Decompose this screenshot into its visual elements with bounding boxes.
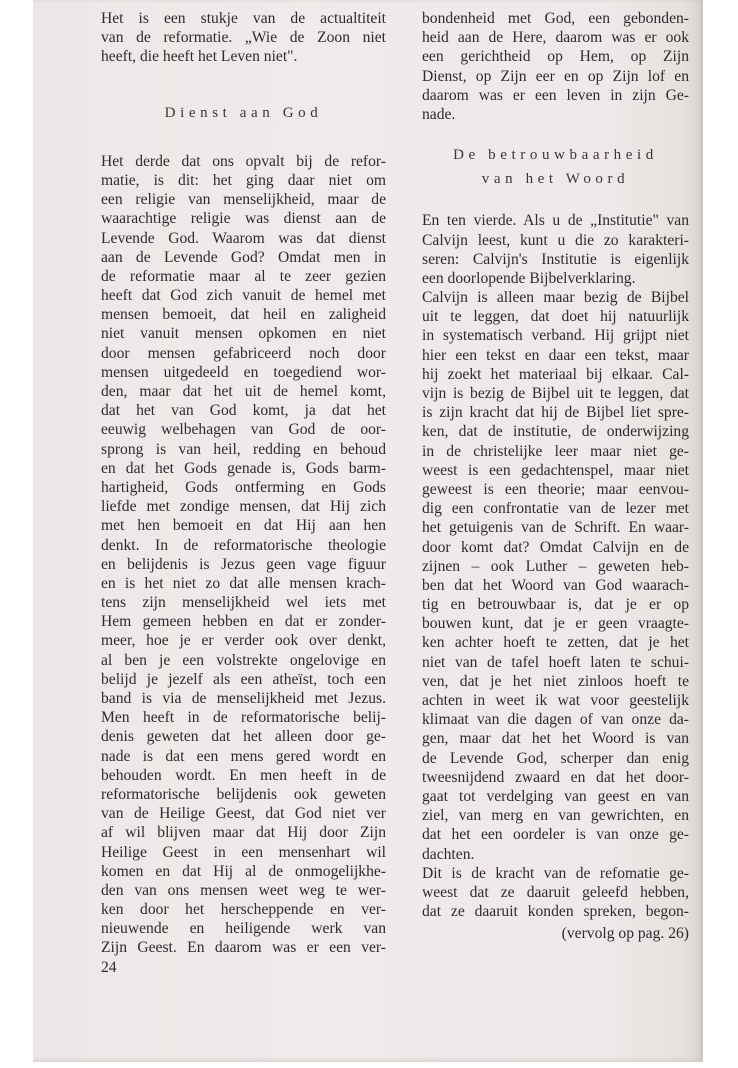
text-line: en belijdenis is Jezus geen vage figuur xyxy=(101,555,386,574)
text-line: zijnen – ook Luther – geweten heb- xyxy=(422,557,689,576)
text-line: dat ze daaruit konden spreken, begon- xyxy=(422,902,689,921)
text-line: weest dat ze daaruit geleefd hebben, xyxy=(422,883,689,902)
text-line: hier een tekst en daar een tekst, maar xyxy=(422,346,689,365)
text-line: ken door het herscheppende en ver- xyxy=(101,900,386,919)
text-line: den, maar dat het uit de hemel komt, xyxy=(101,382,386,401)
text-line: weest is een gedachtenspel, maar niet xyxy=(422,461,689,480)
scanned-page: Het is een stukje van de actualtiteit va… xyxy=(33,0,703,1062)
right-column: bondenheid met God, een gebonden- heid a… xyxy=(422,9,689,943)
text-line: Dit is de kracht van de refomatie ge- xyxy=(422,864,689,883)
text-line: nade. xyxy=(422,105,689,124)
main-paragraph: Het derde dat ons opvalt bij de refor- m… xyxy=(101,152,386,958)
text-line: Heilige Geest in een mensenhart wil xyxy=(101,843,386,862)
text-line: ven, dat je het niet zinloos hoeft te xyxy=(422,672,689,691)
text-line: heeft, die heeft het Leven niet". xyxy=(101,47,386,66)
text-line: niet vanuit mensen opkomen en niet xyxy=(101,324,386,343)
text-line: Calvijn is alleen maar bezig de Bijbel xyxy=(422,288,689,307)
text-line: achten in weet ik wat voor geestelijk xyxy=(422,691,689,710)
text-line: dat het van God komt, ja dat het xyxy=(101,401,386,420)
text-line: van de Heilige Geest, dat God niet ver xyxy=(101,804,386,823)
text-line: een religie van menselijkheid, maar de xyxy=(101,190,386,209)
text-line: En ten vierde. Als u de „Institutie" van xyxy=(422,211,689,230)
text-line: Zijn Geest. En daarom was er een ver- xyxy=(101,938,386,957)
text-line: heeft dat God zich vanuit de hemel met xyxy=(101,286,386,305)
text-line: band is via de menselijkheid met Jezus. xyxy=(101,689,386,708)
text-line: hij zoekt het materiaal bij elkaar. Cal- xyxy=(422,365,689,384)
text-line: denis geweten dat het alleen door ge- xyxy=(101,727,386,746)
section-heading-line-1: De betrouwbaarheid xyxy=(422,146,689,170)
text-line: sprong is van heil, redding en behoud xyxy=(101,440,386,459)
text-line: bondenheid met God, een gebonden- xyxy=(422,9,689,28)
text-line: eeuwig welbehagen van God de oor- xyxy=(101,420,386,439)
text-line: al ben je een volstrekte ongelovige en xyxy=(101,651,386,670)
text-line: en is het niet zo dat alle mensen krach- xyxy=(101,574,386,593)
text-line: ken, dat de institutie, de onderwijzing xyxy=(422,422,689,441)
text-line: aan de Levende God? Omdat men in xyxy=(101,248,386,267)
text-line: de Levende God, scherper dan enig xyxy=(422,749,689,768)
text-line: tig en betrouwbaar is, dat je er op xyxy=(422,595,689,614)
text-line: meer, hoe je er verder ook over denkt, xyxy=(101,631,386,650)
text-line: Calvijn leest, kunt u die zo karakteri- xyxy=(422,231,689,250)
text-line: matie, is dit: het ging daar niet om xyxy=(101,171,386,190)
spacer xyxy=(101,123,386,152)
continuation-note: (vervolg op pag. 26) xyxy=(422,924,689,943)
text-line: met hen bemoeit en dat Hij aan hen xyxy=(101,516,386,535)
text-line: Hem gemeen hebben en dat er zonder- xyxy=(101,612,386,631)
text-line: in de christelijke leer maar niet ge- xyxy=(422,442,689,461)
section-heading-dienst-aan-god: Dienst aan God xyxy=(101,104,386,123)
text-line: komen en dat Hij al de onmogelijkhe- xyxy=(101,862,386,881)
text-line: ziel, van merg en van gewrichten, en xyxy=(422,806,689,825)
text-line: nieuwende en heiligende werk van xyxy=(101,919,386,938)
text-line: Het is een stukje van de actualtiteit xyxy=(101,9,386,28)
text-line: Het derde dat ons opvalt bij de refor- xyxy=(101,152,386,171)
page-number: 24 xyxy=(101,958,386,977)
continued-paragraph: bondenheid met God, een gebonden- heid a… xyxy=(422,9,689,124)
section-heading-line-2: van het Woord xyxy=(422,170,689,189)
text-line: de reformatie maar al te zeer gezien xyxy=(101,267,386,286)
third-paragraph: Dit is de kracht van de refomatie ge- we… xyxy=(422,864,689,922)
text-line: liefde met zondige mensen, dat Hij zich xyxy=(101,497,386,516)
text-line: bouwen kunt, dat je er geen vraagte- xyxy=(422,614,689,633)
text-line: nade is dat een mens gered wordt en xyxy=(101,747,386,766)
text-line: van de reformatie. „Wie de Zoon niet xyxy=(101,28,386,47)
text-line: een gerichtheid op Hem, op Zijn xyxy=(422,47,689,66)
text-line: reformatorische belijdenis ook geweten xyxy=(101,785,386,804)
text-line: dig een confrontatie van de lezer met xyxy=(422,499,689,518)
text-line: hartigheid, Gods ontferming en Gods xyxy=(101,478,386,497)
text-line: seren: Calvijn's Institutie is eigenlijk xyxy=(422,250,689,269)
text-line: is zijn kracht dat hij de Bijbel liet sp… xyxy=(422,403,689,422)
spacer xyxy=(422,189,689,211)
text-line: behouden wordt. En men heeft in de xyxy=(101,766,386,785)
text-line: door komt dat? Omdat Calvijn en de xyxy=(422,538,689,557)
text-line: gaat tot verdelging van geest en van xyxy=(422,787,689,806)
text-line: door mensen gefabriceerd noch door xyxy=(101,344,386,363)
text-line: dachten. xyxy=(422,845,689,864)
text-line: af wil blijven maar dat Hij door Zijn xyxy=(101,823,386,842)
text-line: Levende God. Waarom was dat dienst xyxy=(101,229,386,248)
text-line: waarachtige religie was dienst aan de xyxy=(101,209,386,228)
text-line: in systematisch verband. Hij grijpt niet xyxy=(422,326,689,345)
text-line: heid aan de Here, daarom was er ook xyxy=(422,28,689,47)
text-line: gen, maar dat het het Woord is van xyxy=(422,729,689,748)
text-line: klimaat van die dagen of van onze da- xyxy=(422,710,689,729)
text-line: uit te leggen, dat doet hij natuurlijk xyxy=(422,307,689,326)
text-line: niet van de tafel hoeft laten te schui- xyxy=(422,653,689,672)
main-paragraph: En ten vierde. Als u de „Institutie" van… xyxy=(422,211,689,288)
text-line: Men heeft in de reformatorische belij- xyxy=(101,708,386,727)
spacer xyxy=(422,124,689,146)
text-line: vijn is bezig de Bijbel uit te leggen, d… xyxy=(422,384,689,403)
intro-paragraph: Het is een stukje van de actualtiteit va… xyxy=(101,9,386,67)
text-line: mensen uitgedeeld en toegediend wor- xyxy=(101,363,386,382)
text-line: belijd je jezelf als een atheïst, toch e… xyxy=(101,670,386,689)
text-line: dat het een oordeler is van onze ge- xyxy=(422,825,689,844)
second-paragraph: Calvijn is alleen maar bezig de Bijbel u… xyxy=(422,288,689,864)
text-line: ken achter hoeft te zetten, dat je het xyxy=(422,633,689,652)
text-line: en dat het Gods genade is, Gods barm- xyxy=(101,459,386,478)
text-line: tens zijn menselijkheid wel iets met xyxy=(101,593,386,612)
text-line: mensen bemoeit, dat heil en zaligheid xyxy=(101,305,386,324)
text-line: ben dat het Woord van God waarach- xyxy=(422,576,689,595)
text-line: denkt. In de reformatorische theologie xyxy=(101,536,386,555)
text-line: Dienst, op Zijn eer en op Zijn lof en xyxy=(422,67,689,86)
text-line: tweesnijdend zwaard en dat het door- xyxy=(422,768,689,787)
text-line: geweest is een theorie; maar eenvou- xyxy=(422,480,689,499)
text-line: een doorlopende Bijbelverklaring. xyxy=(422,269,689,288)
text-line: daarom was er een leven in zijn Ge- xyxy=(422,86,689,105)
text-line: den van ons mensen weet weg te wer- xyxy=(101,881,386,900)
text-line: het getuigenis van de Schrift. En waar- xyxy=(422,518,689,537)
spacer xyxy=(101,67,386,104)
left-column: Het is een stukje van de actualtiteit va… xyxy=(101,9,386,977)
